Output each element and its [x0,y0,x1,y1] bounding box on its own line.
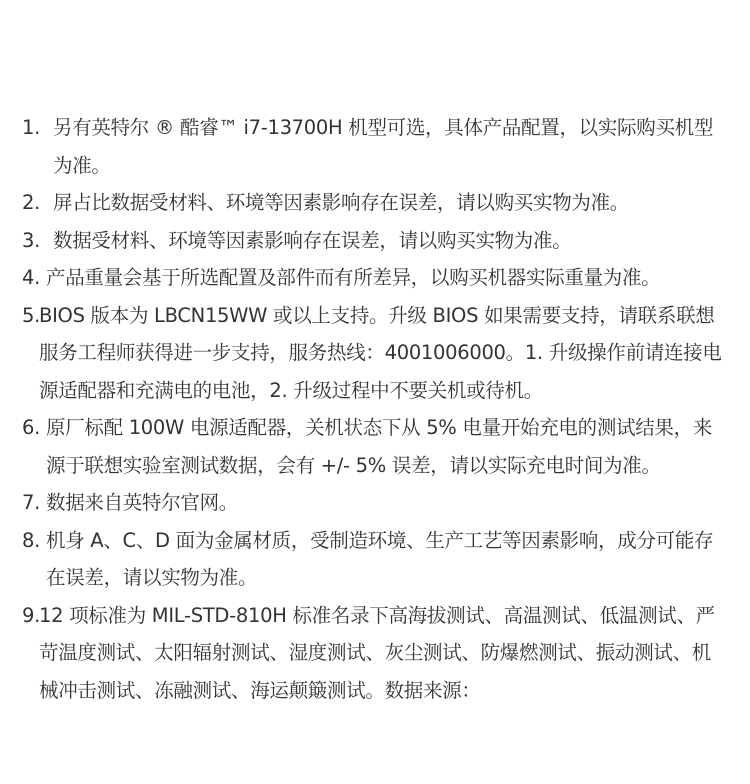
footnote-number: 8. [22,522,40,560]
footnote-number: 4. [22,259,40,297]
footnote-number: 1. [22,109,40,147]
footnote-text: 产品重量会基于所选配置及部件而有所差异，以购买机器实际重量为准。 [0,259,750,297]
footnote-number: 2. [22,184,40,222]
footnote-9: 9. 12 项标准为 MIL-STD-810H 标准名录下高海拔测试、高温测试、… [0,597,750,710]
footnote-3: 3. 数据受材料、环境等因素影响存在误差，请以购买实物为准。 [0,222,750,260]
footnote-text: 数据来自英特尔官网。 [0,484,750,522]
footnote-number: 7. [22,484,40,522]
footnote-number: 3. [22,222,40,260]
footnote-6: 6. 原厂标配 100W 电源适配器，关机状态下从 5% 电量开始充电的测试结果… [0,409,750,484]
footnote-2: 2. 屏占比数据受材料、环境等因素影响存在误差，请以购买实物为准。 [0,184,750,222]
footnote-text: 另有英特尔 ® 酷睿™ i7-13700H 机型可选，具体产品配置，以实际购买机… [0,109,750,184]
footnote-5: 5. BIOS 版本为 LBCN15WW 或以上支持。升级 BIOS 如果需要支… [0,297,750,410]
footnote-1: 1. 另有英特尔 ® 酷睿™ i7-13700H 机型可选，具体产品配置，以实际… [0,109,750,184]
footnote-text: 数据受材料、环境等因素影响存在误差，请以购买实物为准。 [0,222,750,260]
footnote-4: 4. 产品重量会基于所选配置及部件而有所差异，以购买机器实际重量为准。 [0,259,750,297]
footnote-text: 屏占比数据受材料、环境等因素影响存在误差，请以购买实物为准。 [0,184,750,222]
footnote-text: 原厂标配 100W 电源适配器，关机状态下从 5% 电量开始充电的测试结果，来源… [0,409,750,484]
footnote-text: BIOS 版本为 LBCN15WW 或以上支持。升级 BIOS 如果需要支持，请… [0,297,750,410]
footnote-number: 6. [22,409,40,447]
footnote-number: 5. [22,297,40,335]
footnote-7: 7. 数据来自英特尔官网。 [0,484,750,522]
footnote-number: 9. [22,597,40,635]
footnote-text: 12 项标准为 MIL-STD-810H 标准名录下高海拔测试、高温测试、低温测… [0,597,750,710]
footnotes-list: 1. 另有英特尔 ® 酷睿™ i7-13700H 机型可选，具体产品配置，以实际… [0,109,750,709]
footnote-8: 8. 机身 A、C、D 面为金属材质，受制造环境、生产工艺等因素影响，成分可能存… [0,522,750,597]
footnote-text: 机身 A、C、D 面为金属材质，受制造环境、生产工艺等因素影响，成分可能存在误差… [0,522,750,597]
